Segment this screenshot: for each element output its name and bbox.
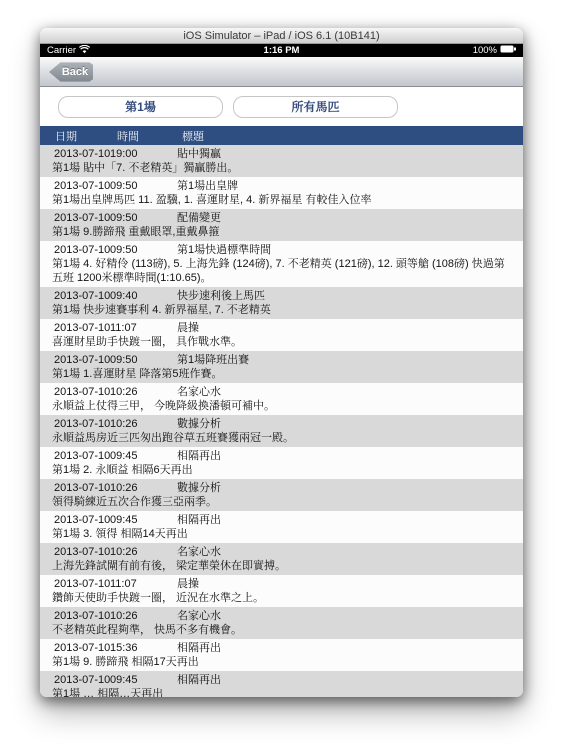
row-detail: 第1場 3. 領得 相隔14天再出 (52, 527, 511, 541)
row-date: 2013-07-10 (54, 243, 110, 257)
column-header-title: 標題 (182, 128, 523, 144)
table-row[interactable]: 2013-07-10 11:07 晨操 喜運財星助手快踱一圈， 具作戰水準。 (40, 319, 523, 351)
row-headline: 2013-07-10 09:50 第1場降班出賽 (52, 353, 511, 367)
row-detail: 第1場 9.勝蹄飛 重戴眼罩,重戴鼻箍 (52, 225, 511, 239)
row-time: 11:07 (110, 577, 177, 591)
table-row[interactable]: 2013-07-10 10:26 名家心水 上海先鋒試閘有前有後， 梁定華榮休在… (40, 543, 523, 575)
row-headline: 2013-07-10 10:26 名家心水 (52, 385, 511, 399)
row-time: 10:26 (110, 609, 177, 623)
page-content: 第1場 所有馬匹 日期 時間 標題 2013-07-10 19:00 貼中獨贏 … (40, 87, 523, 697)
row-headline: 2013-07-10 09:40 快步速利後上馬匹 (52, 289, 511, 303)
row-date: 2013-07-10 (54, 513, 110, 527)
row-time: 09:50 (110, 211, 177, 225)
row-detail: 鑽飾天使助手快踱一圈， 近況在水準之上。 (52, 591, 511, 605)
table-row[interactable]: 2013-07-10 09:50 第1場降班出賽 第1場 1.喜運財星 降落第5… (40, 351, 523, 383)
row-date: 2013-07-10 (54, 673, 110, 687)
row-detail: 永順益上仗得三甲， 今晚降級換潘頓可補中。 (52, 399, 511, 413)
row-title: 數據分析 (177, 417, 511, 431)
window-titlebar: iOS Simulator – iPad / iOS 6.1 (10B141) (40, 28, 523, 44)
wifi-icon (79, 45, 90, 57)
row-time: 09:45 (110, 449, 177, 463)
row-headline: 2013-07-10 09:50 第1場出皇牌 (52, 179, 511, 193)
navigation-bar: Back (40, 57, 523, 87)
row-title: 名家心水 (177, 545, 511, 559)
row-headline: 2013-07-10 10:26 名家心水 (52, 609, 511, 623)
row-date: 2013-07-10 (54, 577, 110, 591)
row-detail: 第1場 貼中「7. 不老精英」獨贏勝出。 (52, 161, 511, 175)
row-date: 2013-07-10 (54, 481, 110, 495)
table-row[interactable]: 2013-07-10 10:26 數據分析 領得騎練近五次合作獲三亞兩季。 (40, 479, 523, 511)
row-headline: 2013-07-10 10:26 數據分析 (52, 417, 511, 431)
simulator-window: iOS Simulator – iPad / iOS 6.1 (10B141) … (40, 28, 523, 697)
row-time: 09:45 (110, 513, 177, 527)
filter-all-horses-button[interactable]: 所有馬匹 (233, 96, 398, 118)
row-time: 15:36 (110, 641, 177, 655)
row-title: 晨操 (177, 577, 511, 591)
status-clock: 1:16 PM (40, 45, 523, 56)
row-time: 09:40 (110, 289, 177, 303)
table-row[interactable]: 2013-07-10 09:45 相隔再出 第1場 2. 永順益 相隔6天再出 (40, 447, 523, 479)
row-detail: 第1場 快步速賽事利 4. 新界福星, 7. 不老精英 (52, 303, 511, 317)
battery-percent-label: 100% (473, 45, 497, 56)
table-row[interactable]: 2013-07-10 11:07 晨操 鑽飾天使助手快踱一圈， 近況在水準之上。 (40, 575, 523, 607)
row-headline: 2013-07-10 09:45 相隔再出 (52, 449, 511, 463)
status-bar: Carrier 1:16 PM 100% (40, 44, 523, 57)
row-date: 2013-07-10 (54, 417, 110, 431)
row-title: 名家心水 (177, 609, 511, 623)
row-date: 2013-07-10 (54, 385, 110, 399)
row-headline: 2013-07-10 19:00 貼中獨贏 (52, 147, 511, 161)
row-title: 晨操 (177, 321, 511, 335)
row-detail: 喜運財星助手快踱一圈， 具作戰水準。 (52, 335, 511, 349)
row-date: 2013-07-10 (54, 609, 110, 623)
filter-row: 第1場 所有馬匹 (40, 87, 523, 118)
row-detail: 第1場 4. 好精伶 (113磅), 5. 上海先鋒 (124磅), 7. 不老… (52, 257, 511, 285)
row-detail: 第1場 9. 勝蹄飛 相隔17天再出 (52, 655, 511, 669)
table-row[interactable]: 2013-07-10 09:50 配備變更 第1場 9.勝蹄飛 重戴眼罩,重戴鼻… (40, 209, 523, 241)
row-title: 貼中獨贏 (177, 147, 511, 161)
table-row[interactable]: 2013-07-10 09:45 相隔再出 第1場 3. 領得 相隔14天再出 (40, 511, 523, 543)
carrier-label: Carrier (47, 45, 76, 56)
row-detail: 第1場 2. 永順益 相隔6天再出 (52, 463, 511, 477)
row-title: 第1場降班出賽 (177, 353, 511, 367)
table-row[interactable]: 2013-07-10 15:36 相隔再出 第1場 9. 勝蹄飛 相隔17天再出 (40, 639, 523, 671)
back-button[interactable]: Back (49, 62, 93, 82)
row-detail: 永順益馬房近三匹匆出跑谷草五班賽獲兩冠一殿。 (52, 431, 511, 445)
row-date: 2013-07-10 (54, 449, 110, 463)
row-date: 2013-07-10 (54, 641, 110, 655)
row-time: 09:45 (110, 673, 177, 687)
battery-icon (500, 45, 516, 56)
row-title: 第1場出皇牌 (177, 179, 511, 193)
row-time: 10:26 (110, 545, 177, 559)
row-headline: 2013-07-10 11:07 晨操 (52, 577, 511, 591)
row-title: 第1場快過標準時間 (177, 243, 511, 257)
row-detail: 上海先鋒試閘有前有後， 梁定華榮休在即實搏。 (52, 559, 511, 573)
row-date: 2013-07-10 (54, 179, 110, 193)
table-header: 日期 時間 標題 (40, 126, 523, 145)
row-date: 2013-07-10 (54, 289, 110, 303)
row-headline: 2013-07-10 09:50 第1場快過標準時間 (52, 243, 511, 257)
table-row[interactable]: 2013-07-10 09:50 第1場出皇牌 第1場出皇牌馬匹 11. 盈驥,… (40, 177, 523, 209)
row-detail: 第1場 1.喜運財星 降落第5班作賽。 (52, 367, 511, 381)
row-time: 10:26 (110, 481, 177, 495)
row-title: 數據分析 (177, 481, 511, 495)
table-row[interactable]: 2013-07-10 10:26 名家心水 永順益上仗得三甲， 今晚降級換潘頓可… (40, 383, 523, 415)
row-headline: 2013-07-10 11:07 晨操 (52, 321, 511, 335)
row-headline: 2013-07-10 10:26 數據分析 (52, 481, 511, 495)
row-date: 2013-07-10 (54, 211, 110, 225)
table-row[interactable]: 2013-07-10 09:50 第1場快過標準時間 第1場 4. 好精伶 (1… (40, 241, 523, 287)
news-list: 2013-07-10 19:00 貼中獨贏 第1場 貼中「7. 不老精英」獨贏勝… (40, 145, 523, 697)
row-time: 19:00 (110, 147, 177, 161)
table-row[interactable]: 2013-07-10 09:40 快步速利後上馬匹 第1場 快步速賽事利 4. … (40, 287, 523, 319)
row-time: 09:50 (110, 353, 177, 367)
window-title: iOS Simulator – iPad / iOS 6.1 (10B141) (183, 30, 379, 42)
row-title: 名家心水 (177, 385, 511, 399)
row-time: 10:26 (110, 385, 177, 399)
row-time: 09:50 (110, 179, 177, 193)
row-detail: 不老精英此程夠準， 快馬不多有機會。 (52, 623, 511, 637)
table-row[interactable]: 2013-07-10 10:26 名家心水 不老精英此程夠準， 快馬不多有機會。 (40, 607, 523, 639)
row-title: 相隔再出 (177, 673, 511, 687)
row-headline: 2013-07-10 10:26 名家心水 (52, 545, 511, 559)
row-title: 相隔再出 (177, 641, 511, 655)
row-date: 2013-07-10 (54, 147, 110, 161)
table-row[interactable]: 2013-07-10 19:00 貼中獨贏 第1場 貼中「7. 不老精英」獨贏勝… (40, 145, 523, 177)
column-header-time: 時間 (117, 128, 182, 144)
row-time: 09:50 (110, 243, 177, 257)
row-headline: 2013-07-10 15:36 相隔再出 (52, 641, 511, 655)
row-time: 10:26 (110, 417, 177, 431)
table-row[interactable]: 2013-07-10 09:45 相隔再出 第1場 … 相隔…天再出 (40, 671, 523, 697)
row-date: 2013-07-10 (54, 353, 110, 367)
filter-race-button[interactable]: 第1場 (58, 96, 223, 118)
row-title: 相隔再出 (177, 513, 511, 527)
row-date: 2013-07-10 (54, 321, 110, 335)
row-detail: 領得騎練近五次合作獲三亞兩季。 (52, 495, 511, 509)
table-row[interactable]: 2013-07-10 10:26 數據分析 永順益馬房近三匹匆出跑谷草五班賽獲兩… (40, 415, 523, 447)
row-title: 配備變更 (177, 211, 511, 225)
row-headline: 2013-07-10 09:50 配備變更 (52, 211, 511, 225)
row-date: 2013-07-10 (54, 545, 110, 559)
column-header-date: 日期 (55, 128, 117, 144)
row-headline: 2013-07-10 09:45 相隔再出 (52, 513, 511, 527)
row-detail: 第1場 … 相隔…天再出 (52, 687, 511, 697)
row-detail: 第1場出皇牌馬匹 11. 盈驥, 1. 喜運財星, 4. 新界福星 有較佳入位率 (52, 193, 511, 207)
row-title: 相隔再出 (177, 449, 511, 463)
row-headline: 2013-07-10 09:45 相隔再出 (52, 673, 511, 687)
row-title: 快步速利後上馬匹 (177, 289, 511, 303)
row-time: 11:07 (110, 321, 177, 335)
